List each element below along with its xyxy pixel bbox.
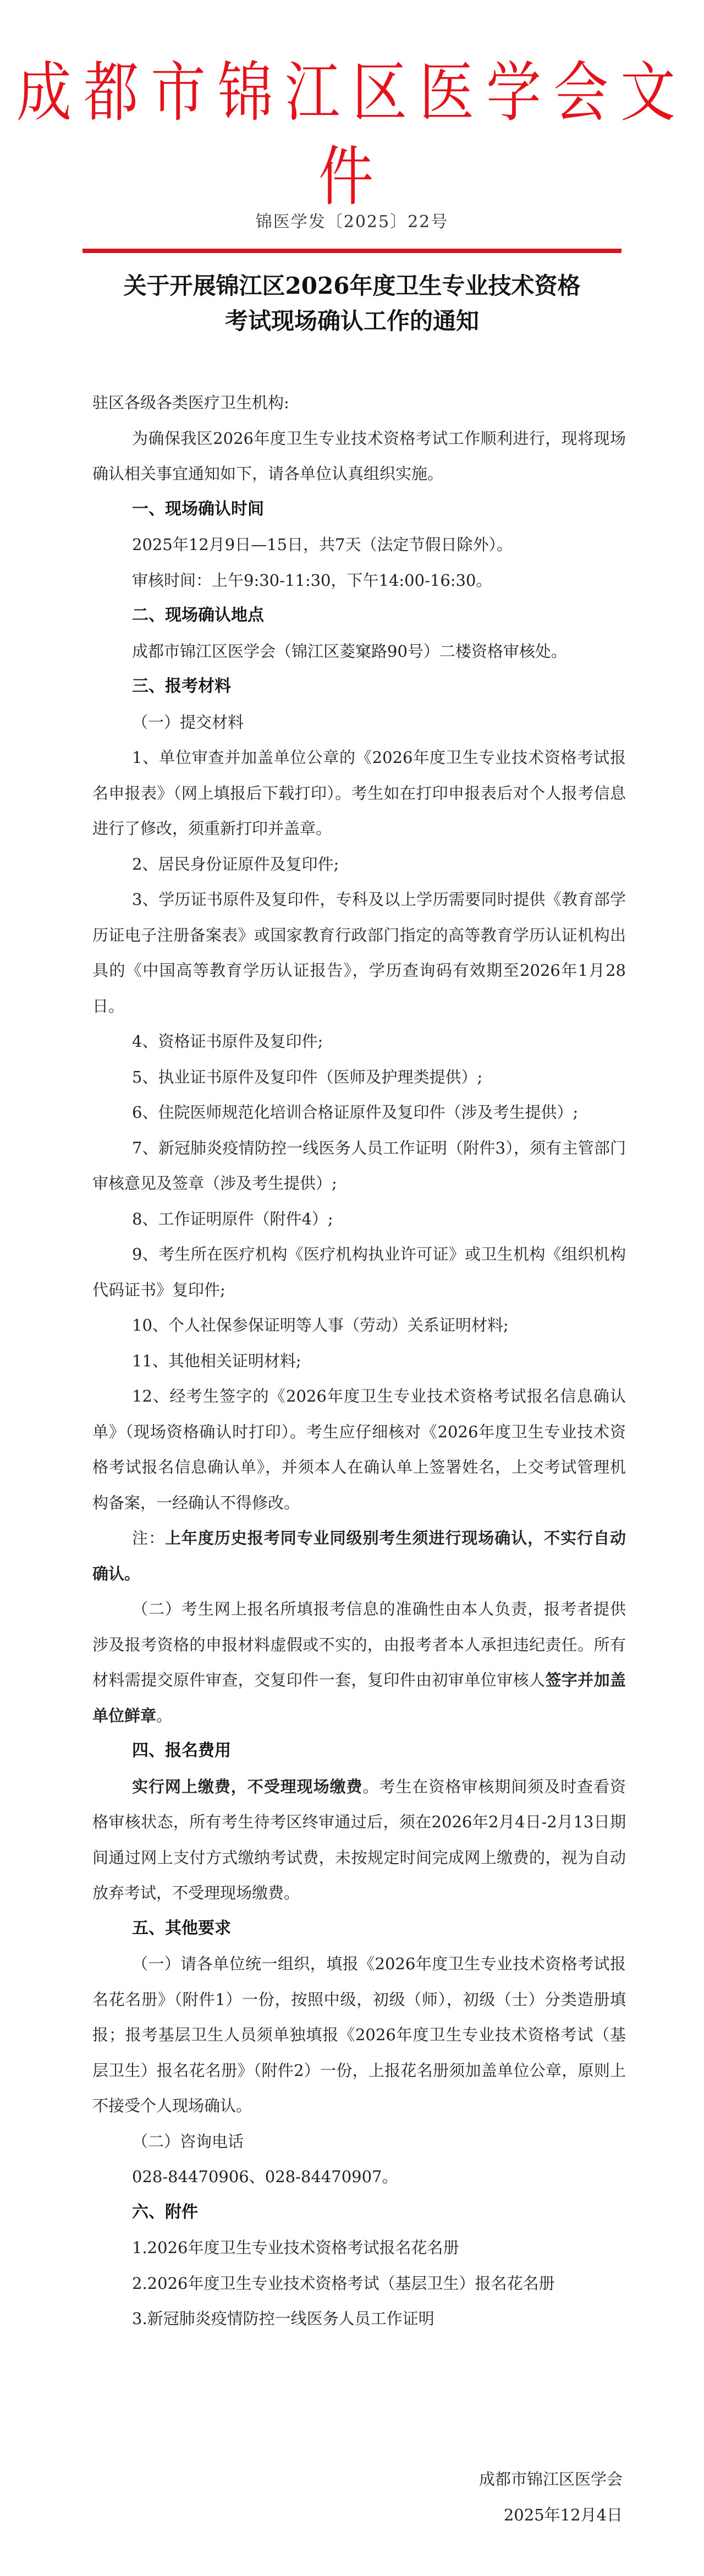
attachment-item: 3.新冠肺炎疫情防控一线医务人员工作证明 [92,2301,626,2337]
fees-emphasis: 实行网上缴费，不受理现场缴费 [132,1777,363,1796]
material-item: 6、住院医师规范化培训合格证原件及复印件（涉及考生提供）; [92,1095,626,1130]
confirmation-location: 成都市锦江区医学会（锦江区菱窠路90号）二楼资格审核处。 [92,634,626,669]
document-number: 锦医学发〔2025〕22号 [0,208,704,232]
note-emphasis: 上年度历史报考同专业同级别考生须进行现场确认，不实行自动确认。 [92,1529,626,1583]
signature-block: 成都市锦江区医学会 2025年12月4日 [479,2462,623,2533]
review-hours: 审核时间：上午9:30-11:30，下午14:00-16:30。 [92,563,626,598]
attachment-item: 2.2026年度卫生专业技术资格考试（基层卫生）报名花名册 [92,2266,626,2302]
material-item: 5、执业证书原件及复印件（医师及护理类提供）; [92,1059,626,1095]
issue-date: 2025年12月4日 [479,2497,623,2533]
responsibility-end: 。 [156,1706,172,1725]
contact-phones: 028-84470906、028-84470907。 [92,2159,626,2195]
document-title: 关于开展锦江区2026年度卫生专业技术资格 考试现场确认工作的通知 [88,268,616,339]
fees-paragraph: 实行网上缴费，不受理现场缴费。考生在资格审核期间须及时查看资格审核状态，所有考生… [92,1769,626,1911]
intro-paragraph: 为确保我区2026年度卫生专业技术资格考试工作顺利进行，现将现场确认相关事宜通知… [92,421,626,492]
salutation: 驻区各级各类医疗卫生机构: [92,385,626,421]
note-paragraph: 注：上年度历史报考同专业同级别考生须进行现场确认，不实行自动确认。 [92,1520,626,1591]
attachment-item: 1.2026年度卫生专业技术资格考试报名花名册 [92,2230,626,2266]
section-heading-fees: 四、报名费用 [92,1733,626,1769]
material-item: 3、学历证书原件及复印件，专科及以上学历需要同时提供《教育部学历证电子注册备案表… [92,882,626,1024]
note-prefix: 注： [132,1529,165,1547]
material-item: 4、资格证书原件及复印件; [92,1024,626,1059]
subheading-contact: （二）咨询电话 [92,2124,626,2160]
material-item: 11、其他相关证明材料; [92,1343,626,1379]
roster-requirement: （一）请各单位统一组织，填报《2026年度卫生专业技术资格考试报名花名册》（附件… [92,1946,626,2124]
material-item: 12、经考生签字的《2026年度卫生专业技术资格考试报名信息确认单》（现场资格确… [92,1378,626,1520]
document-page: 成都市锦江区医学会文件 锦医学发〔2025〕22号 关于开展锦江区2026年度卫… [0,0,704,2576]
material-item: 9、考生所在医疗机构《医疗机构执业许可证》或卫生机构《组织机构代码证书》复印件; [92,1237,626,1308]
section-heading-location: 二、现场确认地点 [92,598,626,634]
document-body: 驻区各级各类医疗卫生机构: 为确保我区2026年度卫生专业技术资格考试工作顺利进… [92,385,626,2337]
material-item: 8、工作证明原件（附件4）; [92,1201,626,1237]
subheading-submit-materials: （一）提交材料 [92,705,626,740]
issuing-organization: 成都市锦江区医学会 [479,2462,623,2497]
material-item: 1、单位审查并加盖单位公章的《2026年度卫生专业技术资格考试报名申报表》（网上… [92,740,626,847]
material-item: 10、个人社保参保证明等人事（劳动）关系证明材料; [92,1308,626,1343]
section-heading-attachments: 六、附件 [92,2195,626,2231]
section-heading-materials: 三、报考材料 [92,669,626,705]
responsibility-paragraph: （二）考生网上报名所填报考信息的准确性由本人负责，报考者提供涉及报考资格的申报材… [92,1591,626,1733]
title-line-2: 考试现场确认工作的通知 [88,304,616,339]
material-item: 7、新冠肺炎疫情防控一线医务人员工作证明（附件3），须有主管部门审核意见及签章（… [92,1130,626,1201]
red-divider [82,249,621,253]
section-heading-other: 五、其他要求 [92,1911,626,1947]
section-heading-time: 一、现场确认时间 [92,492,626,528]
title-line-1: 关于开展锦江区2026年度卫生专业技术资格 [88,268,616,304]
material-item: 2、居民身份证原件及复印件; [92,847,626,882]
confirmation-dates: 2025年12月9日—15日，共7天（法定节假日除外）。 [92,527,626,563]
masthead: 成都市锦江区医学会文件 [0,51,704,219]
